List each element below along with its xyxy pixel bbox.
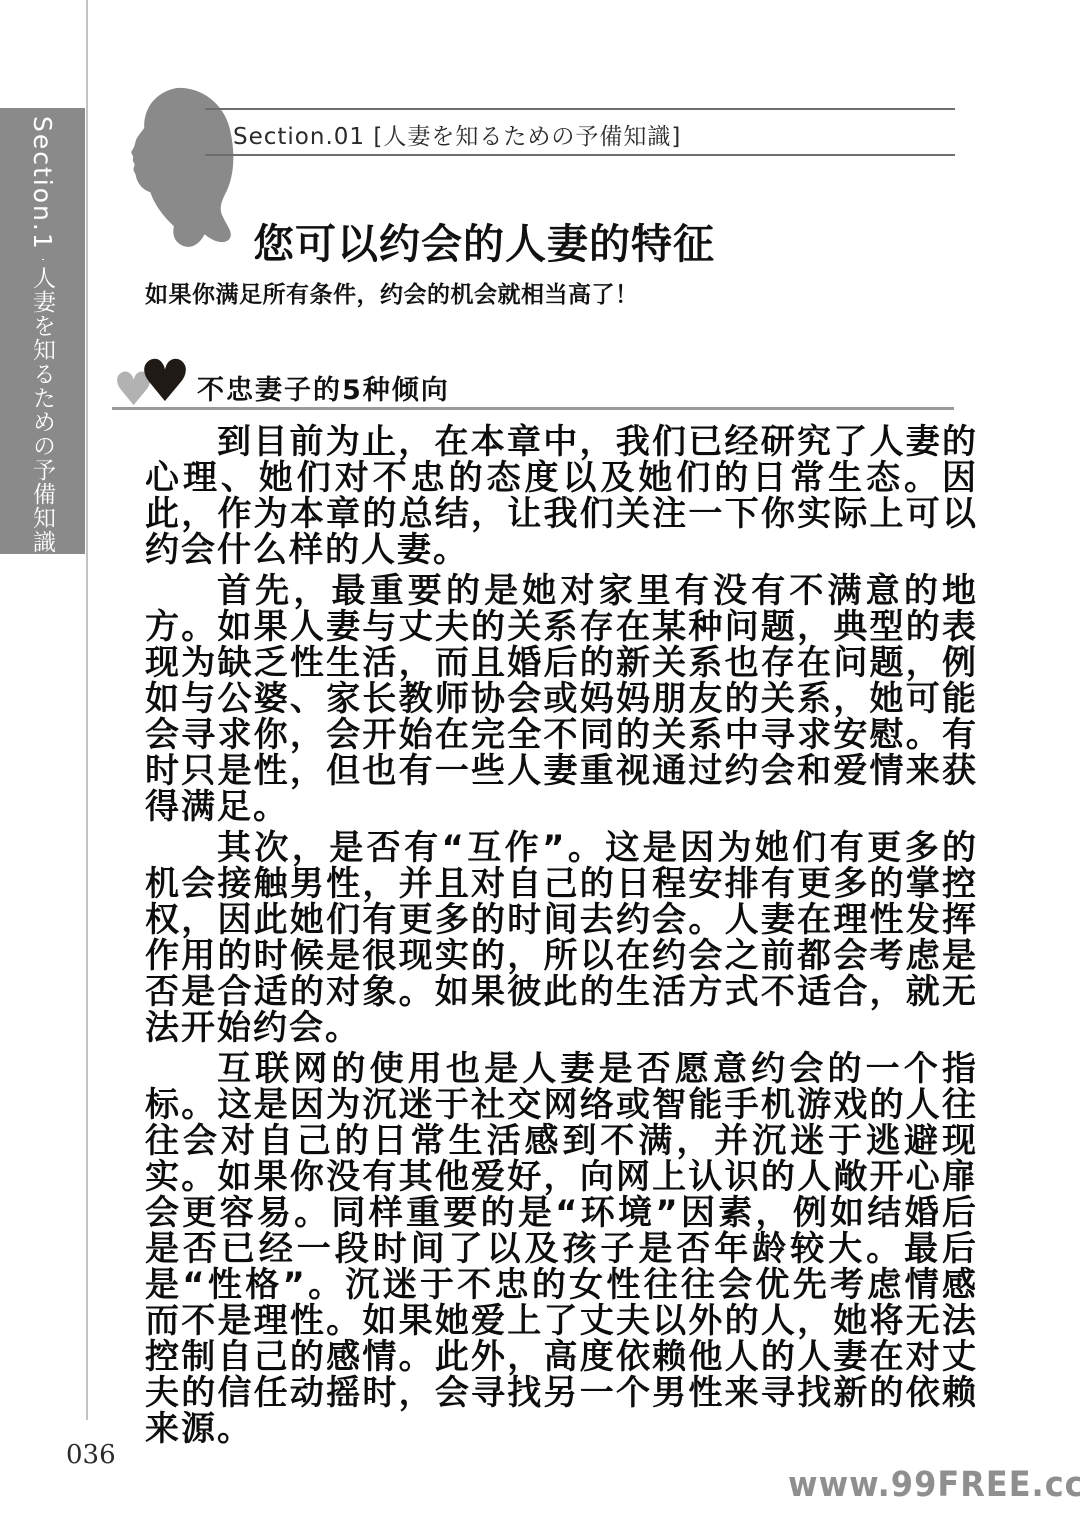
page-number: 036 [66, 1440, 116, 1470]
heart-dark-icon: ♥ [139, 352, 191, 410]
section-header-label: Section.01 [人妻を知るための予備知識] [233, 118, 681, 151]
sidebar-section-title: 人妻を知るための予備知識 [26, 266, 59, 554]
paragraph-3: 其次，是否有“互作”。这是因为她们有更多的机会接触男性，并且对自己的日程安排有更… [145, 830, 978, 1046]
section-header-rule-bottom [205, 154, 955, 156]
sidebar-divider-line [86, 0, 88, 1420]
paragraph-1: 到目前为止，在本章中，我们已经研究了人妻的心理、她们对不忠的态度以及她们的日常生… [145, 424, 978, 568]
page-subtitle: 如果你满足所有条件，约会的机会就相当高了！ [145, 276, 639, 309]
woman-profile-silhouette-icon [112, 84, 246, 268]
article-heading: 不忠妻子的5种倾向 [197, 368, 450, 407]
paragraph-2: 首先，最重要的是她对家里有没有不满意的地方。如果人妻与丈夫的关系存在某种问题，典… [145, 573, 978, 825]
section-sidebar: Section.1 人妻を知るための予備知識 [0, 108, 85, 554]
sidebar-section-number: Section.1 [28, 116, 57, 251]
section-header-rule-top [205, 108, 955, 110]
article-heading-underline [112, 407, 954, 410]
sidebar-separator [42, 259, 44, 260]
page-title: 您可以约会的人妻的特征 [253, 211, 715, 270]
article-body: 到目前为止，在本章中，我们已经研究了人妻的心理、她们对不忠的态度以及她们的日常生… [145, 424, 978, 1452]
paragraph-4: 互联网的使用也是人妻是否愿意约会的一个指标。这是因为沉迷于社交网络或智能手机游戏… [145, 1051, 978, 1447]
watermark-text: www.99FREE.cc [788, 1463, 1080, 1504]
book-page: Section.1 人妻を知るための予備知識 Section.01 [人妻を知る… [0, 0, 1080, 1532]
